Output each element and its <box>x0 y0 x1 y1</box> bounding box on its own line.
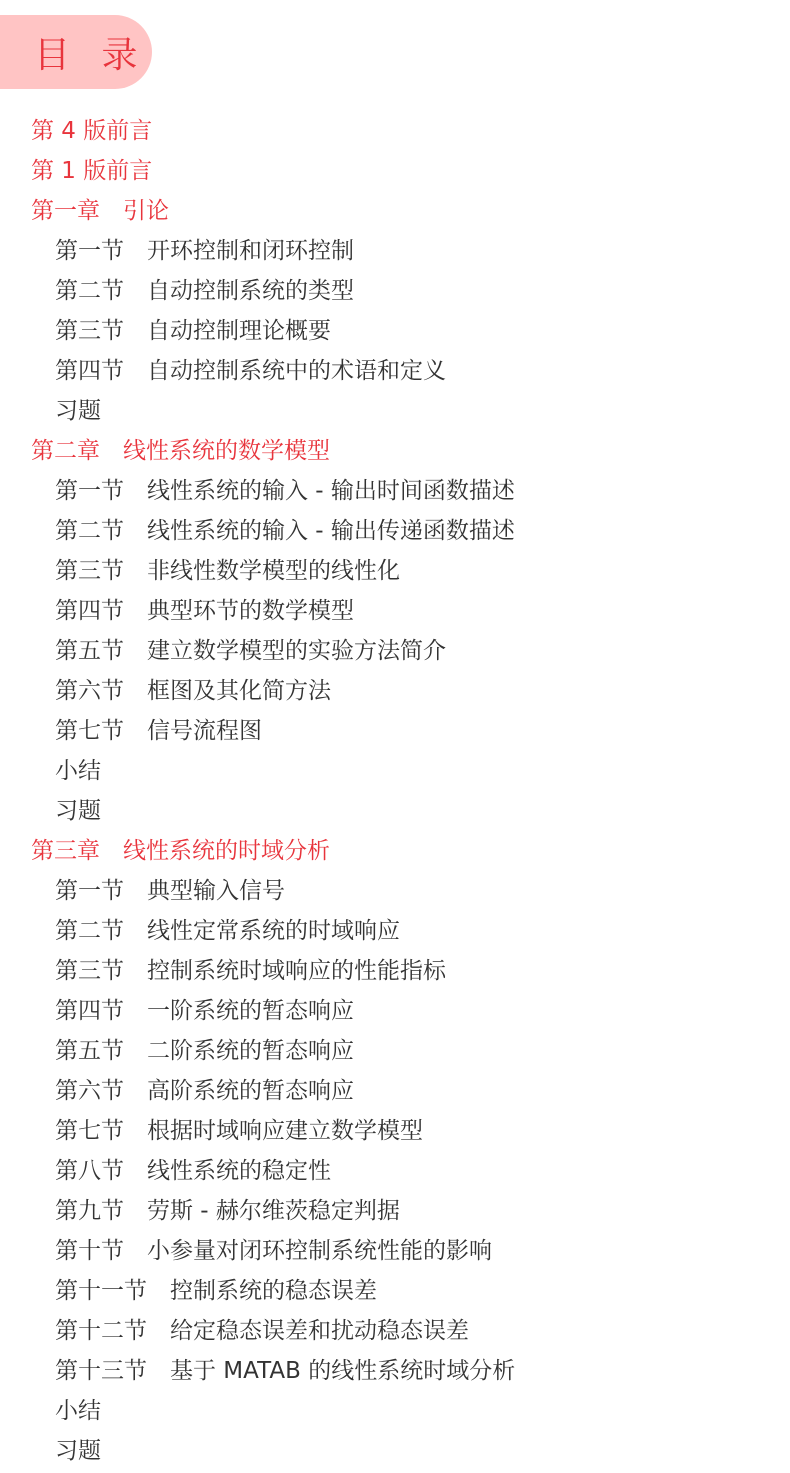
toc-section[interactable]: 第十二节 给定稳态误差和扰动稳态误差 <box>0 1311 790 1351</box>
toc-section[interactable]: 第一节 开环控制和闭环控制 <box>0 231 790 271</box>
toc-section[interactable]: 第五节 建立数学模型的实验方法简介 <box>0 631 790 671</box>
table-of-contents: 第 4 版前言 第 1 版前言 第一章 引论 第一节 开环控制和闭环控制 第二节… <box>0 111 790 1471</box>
toc-section[interactable]: 第八节 线性系统的稳定性 <box>0 1151 790 1191</box>
toc-section[interactable]: 第一节 线性系统的输入 - 输出时间函数描述 <box>0 471 790 511</box>
toc-chapter-2[interactable]: 第二章 线性系统的数学模型 <box>0 431 790 471</box>
toc-section-exercises[interactable]: 习题 <box>0 391 790 431</box>
toc-section[interactable]: 第十三节 基于 MATAB 的线性系统时域分析 <box>0 1351 790 1391</box>
toc-section[interactable]: 第七节 信号流程图 <box>0 711 790 751</box>
toc-section[interactable]: 第四节 典型环节的数学模型 <box>0 591 790 631</box>
toc-section[interactable]: 第二节 线性系统的输入 - 输出传递函数描述 <box>0 511 790 551</box>
toc-section-exercises[interactable]: 习题 <box>0 1431 790 1471</box>
toc-section[interactable]: 第六节 高阶系统的暂态响应 <box>0 1071 790 1111</box>
toc-section-summary[interactable]: 小结 <box>0 1391 790 1431</box>
page-title: 目 录 <box>34 27 147 78</box>
toc-section[interactable]: 第三节 控制系统时域响应的性能指标 <box>0 951 790 991</box>
toc-section[interactable]: 第三节 非线性数学模型的线性化 <box>0 551 790 591</box>
toc-chapter-preface-1[interactable]: 第 1 版前言 <box>0 151 790 191</box>
toc-section[interactable]: 第一节 典型输入信号 <box>0 871 790 911</box>
toc-chapter-3[interactable]: 第三章 线性系统的时域分析 <box>0 831 790 871</box>
toc-section[interactable]: 第二节 自动控制系统的类型 <box>0 271 790 311</box>
toc-chapter-1[interactable]: 第一章 引论 <box>0 191 790 231</box>
toc-section[interactable]: 第四节 一阶系统的暂态响应 <box>0 991 790 1031</box>
toc-section[interactable]: 第十节 小参量对闭环控制系统性能的影响 <box>0 1231 790 1271</box>
toc-header-banner: 目 录 <box>0 15 152 89</box>
toc-chapter-preface-4[interactable]: 第 4 版前言 <box>0 111 790 151</box>
toc-section[interactable]: 第六节 框图及其化简方法 <box>0 671 790 711</box>
toc-section-summary[interactable]: 小结 <box>0 751 790 791</box>
toc-section[interactable]: 第十一节 控制系统的稳态误差 <box>0 1271 790 1311</box>
toc-section[interactable]: 第四节 自动控制系统中的术语和定义 <box>0 351 790 391</box>
toc-section[interactable]: 第九节 劳斯 - 赫尔维茨稳定判据 <box>0 1191 790 1231</box>
toc-section-exercises[interactable]: 习题 <box>0 791 790 831</box>
toc-section[interactable]: 第二节 线性定常系统的时域响应 <box>0 911 790 951</box>
toc-section[interactable]: 第三节 自动控制理论概要 <box>0 311 790 351</box>
toc-section[interactable]: 第五节 二阶系统的暂态响应 <box>0 1031 790 1071</box>
toc-section[interactable]: 第七节 根据时域响应建立数学模型 <box>0 1111 790 1151</box>
